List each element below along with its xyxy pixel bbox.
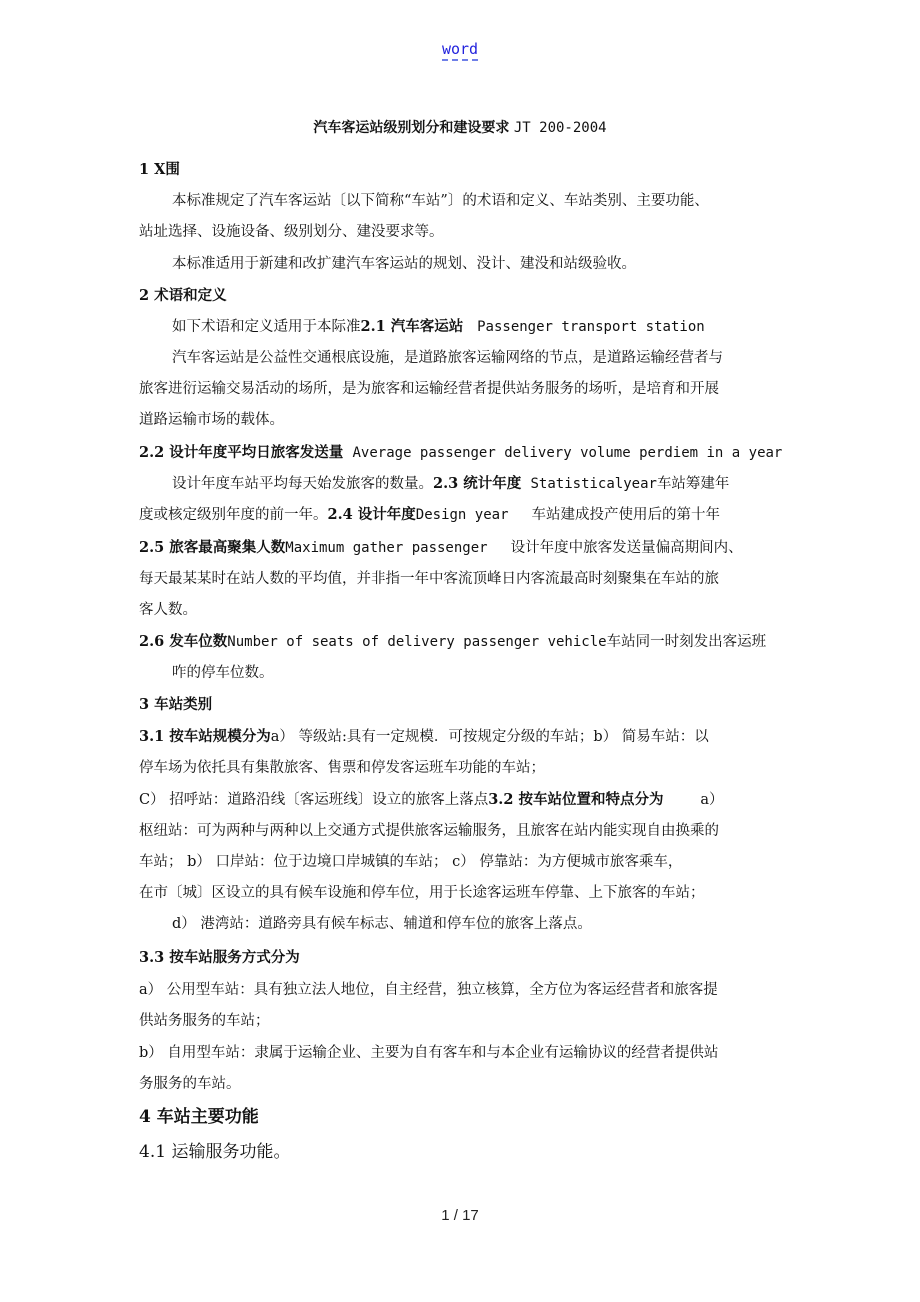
title-code: JT 200-2004 [514, 120, 607, 136]
term-3-3-heading: 3.3 按车站服务方式分为 [139, 948, 300, 968]
s2-intro: 如下术语和定义适用于本际准 [172, 319, 361, 335]
term-3-2-title: 3.2 按车站位置和特点分为 [488, 791, 663, 808]
term-2-4-line: 度或核定级别年度的前一年。2.4 设计年度Design year 车站建成投产使… [139, 505, 720, 525]
page-indicator: 1 / 17 [0, 1207, 920, 1224]
term-3-1-line-1: a） 等级站:具有一定规模．可按规定分级的车站；b） 简易车站：以 [271, 729, 709, 745]
s1-paragraph-1-line-1: 本标准规定了汽车客运站〔以下简称“车站”〕的术语和定义、车站类别、主要功能、 [172, 191, 709, 211]
term-2-5-line: 2.5 旅客最高聚集人数Maximum gather passenger 设计年… [139, 538, 743, 558]
term-3-3-b-line-1: b） 自用型车站：隶属于运输企业、主要为自有客车和与本企业有运输协议的经营者提供… [139, 1043, 718, 1063]
term-2-2-def: 设计年度车站平均每天始发旅客的数量。 [172, 476, 433, 492]
term-2-1-title: 2.1 汽车客运站 [361, 318, 464, 335]
section-1-heading: 1 X围 [139, 160, 180, 180]
term-2-2-line: 2.2 设计年度平均日旅客发送量 Average passenger deliv… [139, 443, 782, 463]
term-2-6-def-line-2: 咋的停车位数。 [172, 663, 274, 683]
term-2-1-def-line-1: 汽车客运站是公益性交通根底设施，是道路旅客运输网络的节点，是道路运输经营者与 [172, 348, 723, 368]
title-zh: 汽车客运站级别划分和建设要求 [313, 120, 509, 136]
term-2-6-def-1: 车站同一时刻发出客运班 [607, 634, 767, 650]
term-3-1-line-2: 停车场为依托具有集散旅客、售票和停发客运班车功能的车站； [139, 758, 545, 778]
term-2-3-title: 2.3 统计年度 [433, 475, 521, 492]
term-3-2-line-4: d） 港湾站：道路旁具有候车标志、辅道和停车位的旅客上落点。 [172, 914, 592, 934]
term-3-1-line: 3.1 按车站规模分为a） 等级站:具有一定规模．可按规定分级的车站；b） 简易… [139, 727, 709, 747]
term-2-1-def-line-2: 旅客进衍运输交易活动的场所，是为旅客和运输经营者提供站务服务的场听，是培育和开展 [139, 379, 719, 399]
term-3-2-line-1: 枢纽站：可为两种与两种以上交通方式提供旅客运输服务，且旅客在站内能实现自由换乘的 [139, 821, 719, 841]
term-3-3-a-line-2: 供站务服务的车站； [139, 1011, 270, 1031]
term-2-1-def-line-3: 道路运输市场的载体。 [139, 410, 284, 430]
term-2-1-english: Passenger transport station [477, 319, 705, 335]
term-2-5-def-line-2: 每天最某某时在站人数的平均值，并非指一年中客流顶峰日内客流最高时刻聚集在车站的旅 [139, 569, 719, 589]
document-title: 汽车客运站级别划分和建设要求 JT 200-2004 [0, 117, 920, 137]
term-2-5-title: 2.5 旅客最高聚集人数 [139, 539, 285, 556]
section-2-heading: 2 术语和定义 [139, 286, 227, 306]
term-3-2-a: a） [700, 792, 723, 808]
term-2-1-line: 如下术语和定义适用于本际准2.1 汽车客运站 Passenger transpo… [172, 317, 705, 337]
term-3-1-title: 3.1 按车站规模分为 [139, 728, 271, 745]
term-2-6-english: Number of seats of delivery passenger ve… [227, 634, 606, 650]
section-3-heading: 3 车站类别 [139, 695, 212, 715]
term-2-4-english: Design year [416, 507, 509, 523]
term-3-2-line-3: 在市〔城〕区设立的具有候车设施和停车位，用于长途客运班车停靠、上下旅客的车站； [139, 883, 705, 903]
term-2-3-def-1: 车站筹建年 [657, 476, 730, 492]
term-2-6-title: 2.6 发车位数 [139, 633, 227, 650]
header-word-link[interactable]: word [0, 40, 920, 58]
word-link-text[interactable]: word [442, 40, 478, 61]
term-2-3-def-2: 度或核定级别年度的前一年。 [139, 507, 328, 523]
term-2-5-english: Maximum gather passenger [285, 540, 487, 556]
term-3-2-line: C） 招呼站：道路沿线〔客运班线〕设立的旅客上落点3.2 按车站位置和特点分为 … [139, 790, 724, 810]
term-3-3-a-line-1: a） 公用型车站：具有独立法人地位，自主经营，独立核算，全方位为客运经营者和旅客… [139, 980, 718, 1000]
term-2-2-title: 2.2 设计年度平均日旅客发送量 [139, 444, 343, 461]
term-2-3-english: Statisticalyear [531, 476, 657, 492]
section-4-heading: 4 车站主要功能 [139, 1107, 259, 1127]
s1-paragraph-2: 本标准适用于新建和改扩建汽车客运站的规划、没计、建没和站级验收。 [172, 254, 636, 274]
term-2-4-def: 车站建成投产使用后的第十年 [532, 507, 721, 523]
term-3-1-line-3: C） 招呼站：道路沿线〔客运班线〕设立的旅客上落点 [139, 792, 488, 808]
term-2-2-english: Average passenger delivery volume perdie… [353, 445, 783, 461]
term-4-1: 4.1 运输服务功能。 [139, 1142, 290, 1162]
term-2-3-line: 设计年度车站平均每天始发旅客的数量。2.3 统计年度 Statisticalye… [172, 474, 729, 494]
term-2-6-line: 2.6 发车位数Number of seats of delivery pass… [139, 632, 766, 652]
term-2-5-def-line-3: 客人数。 [139, 600, 197, 620]
s1-paragraph-1-line-2: 站址选择、设施设备、级别划分、建没要求等。 [139, 222, 444, 242]
term-3-2-line-2: 车站； b） 口岸站：位于边境口岸城镇的车站； c） 停靠站：为方便城市旅客乘车… [139, 852, 682, 872]
term-2-4-title: 2.4 设计年度 [328, 506, 416, 523]
term-2-5-def-1: 设计年度中旅客发送量偏高期间内、 [511, 540, 743, 556]
term-3-3-b-line-2: 务服务的车站。 [139, 1074, 241, 1094]
